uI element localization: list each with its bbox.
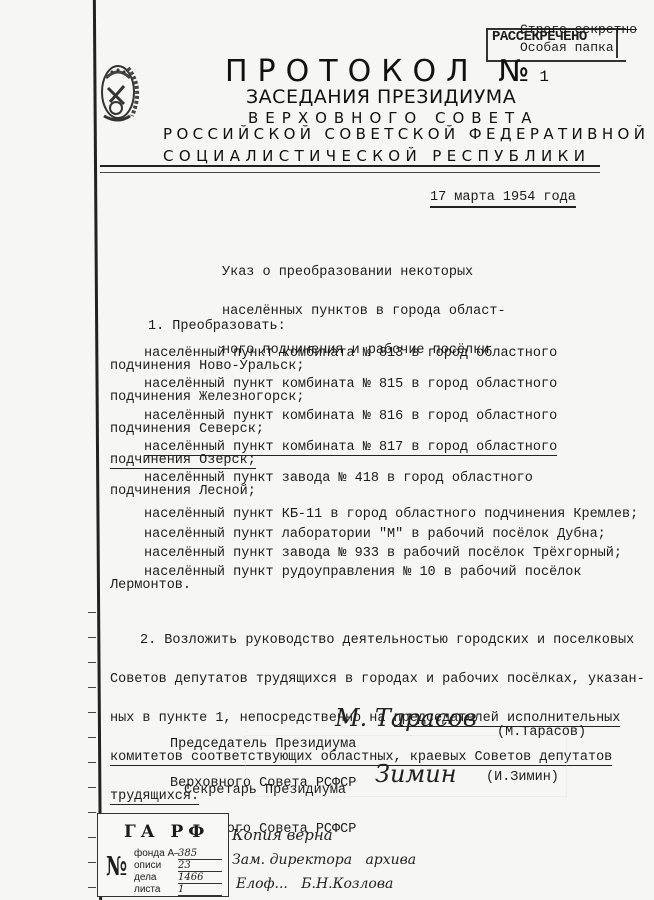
list-item: населённый пункт завода № 933 в рабочий …	[110, 547, 622, 560]
margin-tick	[88, 787, 96, 788]
secretary-signature: Зимин	[375, 760, 457, 788]
margin-tick	[88, 712, 96, 713]
certification-signature: Елоф... Б.Н.Козлова	[236, 876, 393, 892]
header-line-3: РОССИЙСКОЙ СОВЕТСКОЙ ФЕДЕРАТИВНОЙ	[163, 125, 649, 143]
document-page: Строго секретно РАССЕКРЕЧЕНО Особая папк…	[0, 0, 654, 900]
archive-field: листа1	[134, 884, 224, 895]
archive-field-value: 1466	[178, 872, 222, 884]
certification-deputy-director: Зам. директора архива	[232, 852, 416, 868]
archive-stamp: ГА РФ № фонда А–385описи23дела1466листа1	[97, 813, 229, 897]
archive-field-label: фонда А–	[134, 848, 180, 859]
list-item-line: Лермонтов.	[110, 579, 581, 592]
chair-name: (М.Тарасов)	[497, 726, 586, 739]
archive-field-value: 1	[178, 884, 222, 896]
archive-field: фонда А–385	[134, 848, 224, 859]
document-date: 17 марта 1954 года	[430, 190, 576, 208]
list-item: населённый пункт рудоуправления № 10 в р…	[110, 566, 581, 592]
archive-name: ГА РФ	[124, 822, 209, 842]
header-line-1: ЗАСЕДАНИЯ ПРЕЗИДИУМА	[246, 86, 516, 108]
archive-field-label: дела	[134, 872, 156, 883]
list-item-line: подчинения Северск;	[110, 423, 557, 436]
margin-tick	[88, 762, 96, 763]
list-item: населённый пункт комбината № 816 в город…	[110, 410, 557, 436]
header-line-4: СОЦИАЛИСТИЧЕСКОЙ РЕСПУБЛИКИ	[163, 147, 590, 165]
archive-field-label: листа	[134, 884, 160, 895]
list-item-line: населённый пункт лаборатории "М" в рабоч…	[110, 528, 606, 541]
secretary-title-line: Секретарь Президиума	[170, 784, 356, 797]
margin-tick	[88, 737, 96, 738]
list-item-line: населённый пункт завода № 933 в рабочий …	[110, 547, 622, 560]
margin-tick	[88, 637, 96, 638]
certification-copy-correct: Копия верна	[232, 826, 333, 844]
margin-tick	[88, 837, 96, 838]
special-folder-label: Особая папка	[520, 41, 614, 54]
list-item: населённый пункт комбината № 813 в город…	[110, 347, 557, 373]
archive-field: дела1466	[134, 872, 224, 883]
margin-tick	[88, 812, 96, 813]
chair-signature: М. Тарасов	[335, 704, 477, 732]
section-1-heading: 1. Преобразовать:	[148, 320, 286, 333]
number-sign: №	[106, 852, 127, 882]
list-item-line: населённый пункт КБ-11 в город областног…	[110, 508, 638, 521]
section-2-line: 2. Возложить руководство деятельностью г…	[110, 634, 645, 647]
list-item: населённый пункт завода № 418 в город об…	[110, 472, 533, 498]
chair-title-line: Председатель Президиума	[170, 738, 356, 751]
list-item-line: подчинения Ново-Уральск;	[110, 360, 557, 373]
secretary-name: (И.Зимин)	[486, 771, 559, 784]
list-item-line: подчинения Железногорск;	[110, 391, 557, 404]
list-item: населённый пункт КБ-11 в город областног…	[110, 508, 638, 521]
margin-tick	[88, 612, 96, 613]
margin-tick	[88, 862, 96, 863]
margin-line	[93, 0, 102, 900]
decree-title-line: населённых пунктов в города област-	[222, 305, 506, 318]
margin-tick	[88, 687, 96, 688]
protocol-title: ПРОТОКОЛ №1	[225, 54, 549, 89]
archive-field-value: 385	[178, 848, 222, 860]
rsfsr-coat-of-arms-icon	[98, 58, 148, 130]
decree-title-line: Указ о преобразовании некоторых	[222, 266, 506, 279]
list-item: населённый пункт лаборатории "М" в рабоч…	[110, 528, 606, 541]
margin-tick	[88, 662, 96, 663]
protocol-number: 1	[539, 68, 549, 86]
header-divider	[100, 165, 600, 173]
underlined-text: подчинения Озерск;	[110, 453, 256, 469]
archive-field-label: описи	[134, 860, 161, 871]
archive-field: описи23	[134, 860, 224, 871]
archive-field-value: 23	[178, 860, 222, 872]
margin-tick	[88, 887, 96, 888]
list-item: населённый пункт комбината № 817 в город…	[110, 441, 557, 467]
section-2-line: Советов депутатов трудящихся в городах и…	[110, 673, 645, 686]
list-item-line: подчинения Лесной;	[110, 485, 533, 498]
title-text: ПРОТОКОЛ №	[225, 54, 539, 89]
list-item: населённый пункт комбината № 815 в город…	[110, 378, 557, 404]
